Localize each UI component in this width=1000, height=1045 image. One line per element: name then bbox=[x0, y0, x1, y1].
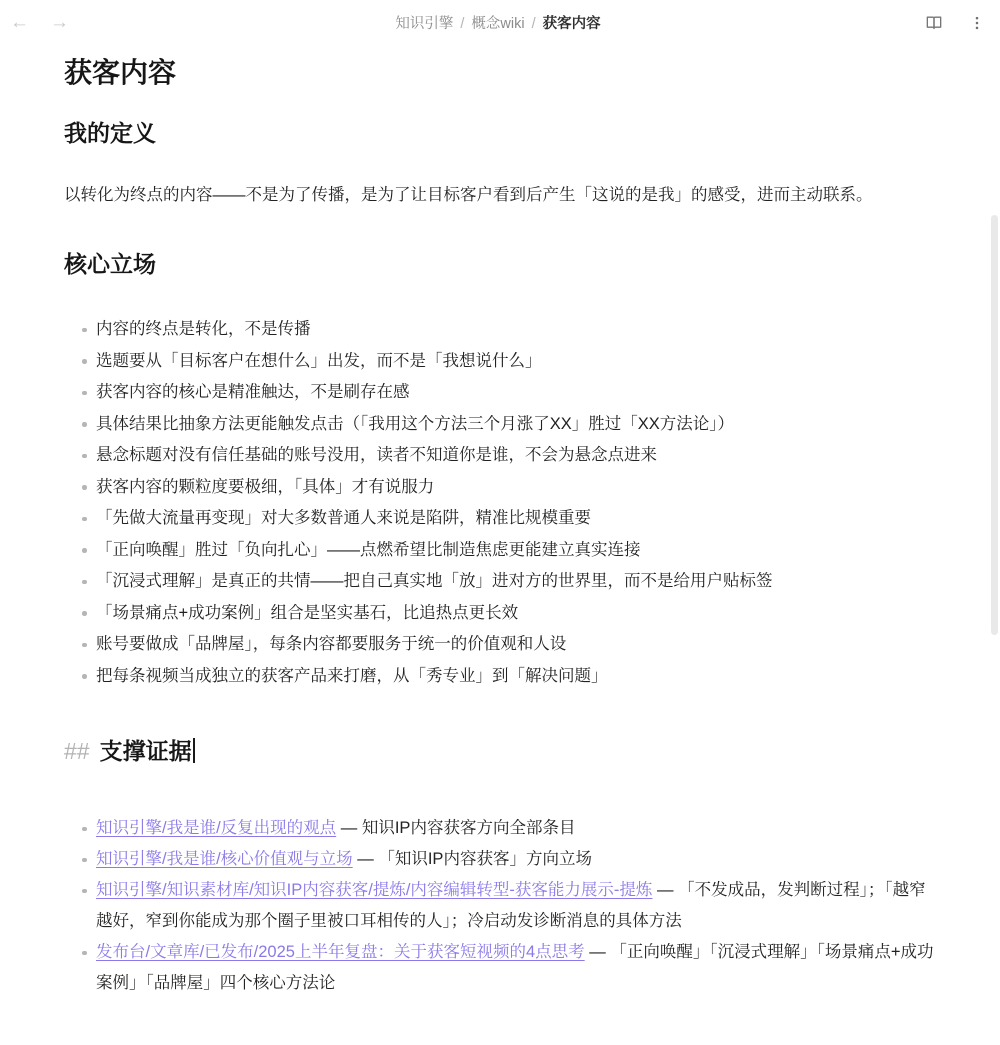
page-title: 获客内容 bbox=[64, 55, 936, 91]
stance-item: 获客内容的颗粒度要极细，「具体」才有说服力 bbox=[96, 472, 936, 504]
stance-item: 「正向唤醒」胜过「负向扎心」——点燃希望比制造焦虑更能建立真实连接 bbox=[96, 535, 936, 567]
wiki-link[interactable]: 发布台/文章库/已发布/2025上半年复盘：关于获客短视频的4点思考 bbox=[96, 943, 585, 961]
breadcrumb-separator: / bbox=[453, 16, 471, 32]
back-icon[interactable]: ← bbox=[10, 13, 29, 32]
evidence-list: 知识引擎/我是谁/反复出现的观点 — 知识IP内容获客方向全部条目 知识引擎/我… bbox=[64, 813, 936, 999]
stance-item: 具体结果比抽象方法更能触发点击（「我用这个方法三个月涨了XX」胜过「XX方法论」… bbox=[96, 409, 936, 441]
nav-arrows: ← → bbox=[10, 13, 100, 32]
breadcrumb-separator: / bbox=[525, 16, 543, 32]
evidence-heading-text: 支撑证据 bbox=[100, 738, 192, 764]
stance-item: 「先做大流量再变现」对大多数普通人来说是陷阱，精准比规模重要 bbox=[96, 503, 936, 535]
top-bar: ← → 知识引擎/概念wiki/获客内容 bbox=[0, 0, 1000, 45]
breadcrumb-item[interactable]: 概念wiki bbox=[471, 16, 524, 32]
evidence-description: — 「知识IP内容获客」方向立场 bbox=[357, 850, 592, 868]
stance-item: 「场景痛点+成功案例」组合是坚实基石，比追热点更长效 bbox=[96, 598, 936, 630]
section-heading-stance: 核心立场 bbox=[64, 250, 936, 280]
definition-paragraph: 以转化为终点的内容——不是为了传播，是为了让目标客户看到后产生「这说的是我」的感… bbox=[64, 179, 936, 212]
stance-list: 内容的终点是转化，不是传播 选题要从「目标客户在想什么」出发，而不是「我想说什么… bbox=[64, 314, 936, 692]
wiki-link[interactable]: 知识引擎/我是谁/反复出现的观点 bbox=[96, 819, 336, 837]
section-heading-definition: 我的定义 bbox=[64, 119, 936, 149]
stance-item: 选题要从「目标客户在想什么」出发，而不是「我想说什么」 bbox=[96, 346, 936, 378]
scrollbar-thumb[interactable] bbox=[991, 215, 998, 635]
markdown-heading-token: ## bbox=[64, 738, 90, 764]
evidence-item: 知识引擎/我是谁/反复出现的观点 — 知识IP内容获客方向全部条目 bbox=[96, 813, 936, 844]
more-options-kebab-icon[interactable] bbox=[968, 14, 986, 32]
stance-item: 悬念标题对没有信任基础的账号没用，读者不知道你是谁，不会为悬念点进来 bbox=[96, 440, 936, 472]
evidence-description: — 知识IP内容获客方向全部条目 bbox=[341, 819, 576, 837]
stance-item: 账号要做成「品牌屋」，每条内容都要服务于统一的价值观和人设 bbox=[96, 629, 936, 661]
stance-item: 获客内容的核心是精准触达，不是刷存在感 bbox=[96, 377, 936, 409]
evidence-item: 知识引擎/我是谁/核心价值观与立场 — 「知识IP内容获客」方向立场 bbox=[96, 844, 936, 875]
topbar-actions bbox=[896, 13, 986, 33]
note-editor[interactable]: 获客内容 我的定义 以转化为终点的内容——不是为了传播，是为了让目标客户看到后产… bbox=[64, 55, 936, 999]
stance-item: 内容的终点是转化，不是传播 bbox=[96, 314, 936, 346]
text-cursor bbox=[193, 738, 195, 763]
breadcrumb: 知识引擎/概念wiki/获客内容 bbox=[100, 12, 896, 33]
stance-item: 「沉浸式理解」是真正的共情——把自己真实地「放」进对方的世界里，而不是给用户贴标… bbox=[96, 566, 936, 598]
evidence-item: 发布台/文章库/已发布/2025上半年复盘：关于获客短视频的4点思考 — 「正向… bbox=[96, 937, 936, 999]
stance-item: 把每条视频当成独立的获客产品来打磨，从「秀专业」到「解决问题」 bbox=[96, 661, 936, 693]
breadcrumb-item[interactable]: 知识引擎 bbox=[395, 16, 453, 32]
forward-icon[interactable]: → bbox=[50, 13, 69, 32]
breadcrumb-item-current[interactable]: 获客内容 bbox=[543, 16, 601, 32]
wiki-link[interactable]: 知识引擎/我是谁/核心价值观与立场 bbox=[96, 850, 353, 868]
reading-mode-book-icon[interactable] bbox=[924, 13, 944, 33]
wiki-link[interactable]: 知识引擎/知识素材库/知识IP内容获客/提炼/内容编辑转型-获客能力展示-提炼 bbox=[96, 881, 652, 899]
section-heading-evidence: ##支撑证据 bbox=[64, 737, 936, 767]
evidence-item: 知识引擎/知识素材库/知识IP内容获客/提炼/内容编辑转型-获客能力展示-提炼 … bbox=[96, 875, 936, 937]
